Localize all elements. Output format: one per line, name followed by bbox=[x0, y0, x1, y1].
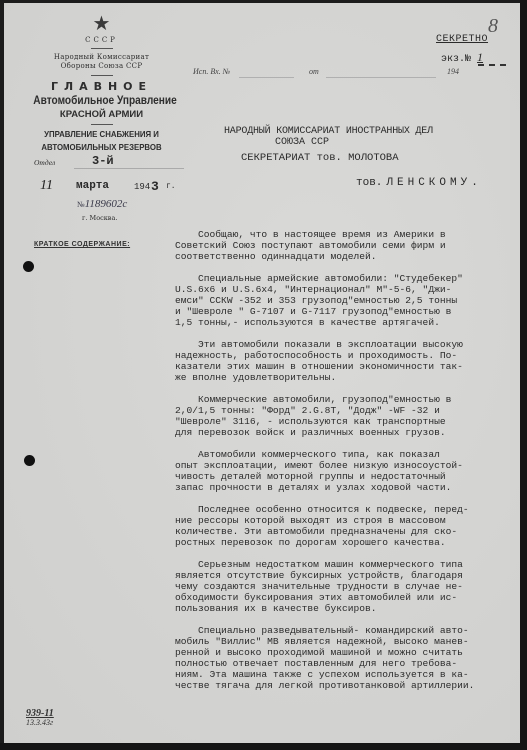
archive-mark-bottom: 13.3.43г bbox=[26, 718, 54, 727]
reg-number-value: 1189602с bbox=[85, 198, 128, 210]
reg-number-label: № bbox=[77, 200, 85, 209]
paragraph: Автомобили коммерческого типа, как показ… bbox=[175, 449, 515, 493]
salutation: тов.ЛЕНСКОМУ. bbox=[356, 177, 482, 189]
paragraph: Серьезным недостатком машин коммерческог… bbox=[175, 559, 515, 614]
addressee-line-3: СЕКРЕТАРИАТ тов. МОЛОТОВА bbox=[241, 152, 399, 164]
paragraph: Специально разведывательный- командирски… bbox=[175, 625, 515, 691]
page-number: 8 bbox=[488, 15, 498, 38]
from-label: от bbox=[309, 67, 319, 76]
field-line bbox=[326, 77, 436, 78]
divider bbox=[91, 124, 113, 125]
salutation-prefix: тов. bbox=[356, 177, 382, 189]
letterhead-army: КРАСНОЙ АРМИИ bbox=[24, 109, 179, 120]
letterhead-glavnoe: ГЛАВНОЕ bbox=[24, 80, 179, 93]
letterhead-narkom-1: Народный Комиссариат bbox=[24, 53, 179, 62]
year-label: 194 bbox=[447, 67, 459, 76]
date-month: марта bbox=[76, 180, 109, 192]
letterhead-ussr: СССР bbox=[24, 36, 179, 44]
field-line bbox=[478, 64, 506, 66]
letterhead: ★ СССР Народный Комиссариат Обороны Союз… bbox=[24, 13, 179, 153]
salutation-name: ЛЕНСКОМУ. bbox=[386, 177, 481, 189]
scan-border bbox=[0, 743, 527, 750]
date-day: 11 bbox=[40, 178, 53, 194]
paragraph: Коммерческие автомобили, грузопод"емност… bbox=[175, 394, 515, 438]
punch-hole-mark bbox=[23, 261, 34, 272]
letterhead-subdept-1: УПРАВЛЕНИЕ СНАБЖЕНИЯ И bbox=[30, 129, 173, 140]
incoming-label: Исп. Вх. № bbox=[193, 67, 230, 76]
field-line bbox=[74, 168, 184, 169]
paragraph: Эти автомобили показали в эксплоатации в… bbox=[175, 339, 515, 383]
classification-stamp: СЕКРЕТНО bbox=[436, 34, 488, 45]
archive-mark: 939-11 13.3.43г bbox=[26, 708, 54, 727]
divider bbox=[91, 48, 113, 49]
paragraph: Сообщаю, что в настоящее время из Америк… bbox=[175, 229, 515, 262]
registration-number: №1189602с bbox=[77, 198, 127, 210]
scan-border bbox=[520, 0, 527, 750]
letter-body: Сообщаю, что в настоящее время из Америк… bbox=[175, 229, 515, 702]
field-line bbox=[239, 77, 294, 78]
date-year-prefix: 194 bbox=[134, 182, 150, 192]
divider bbox=[91, 75, 113, 76]
letterhead-directorate: Автомобильное Управление bbox=[33, 95, 169, 107]
punch-hole-mark bbox=[24, 455, 35, 466]
department-value: 3-й bbox=[92, 154, 114, 168]
department-label: Отдел bbox=[34, 158, 55, 167]
department-field: Отдел 3-й bbox=[34, 158, 164, 168]
summary-label: КРАТКОЕ СОДЕРЖАНИЕ: bbox=[34, 241, 130, 248]
copy-number-field: экз.№ 1 bbox=[441, 50, 483, 65]
date-year-digit: 3 bbox=[151, 179, 159, 194]
date-suffix: г. bbox=[166, 182, 176, 191]
letterhead-subdept-2: АВТОМОБИЛЬНЫХ РЕЗЕРВОВ bbox=[30, 142, 173, 153]
letterhead-narkom-2: Обороны Союза ССР bbox=[24, 62, 179, 71]
addressee-line-2: СОЮЗА ССР bbox=[275, 137, 329, 148]
document-page: ★ СССР Народный Комиссариат Обороны Союз… bbox=[4, 3, 520, 743]
red-star-emblem-icon: ★ bbox=[24, 13, 179, 33]
copy-label: экз.№ bbox=[441, 54, 471, 65]
copy-number: 1 bbox=[477, 50, 483, 64]
paragraph: Специальные армейские автомобили: "Студе… bbox=[175, 273, 515, 328]
paragraph: Последнее особенно относится к подвеске,… bbox=[175, 504, 515, 548]
city: г. Москва. bbox=[82, 214, 117, 222]
